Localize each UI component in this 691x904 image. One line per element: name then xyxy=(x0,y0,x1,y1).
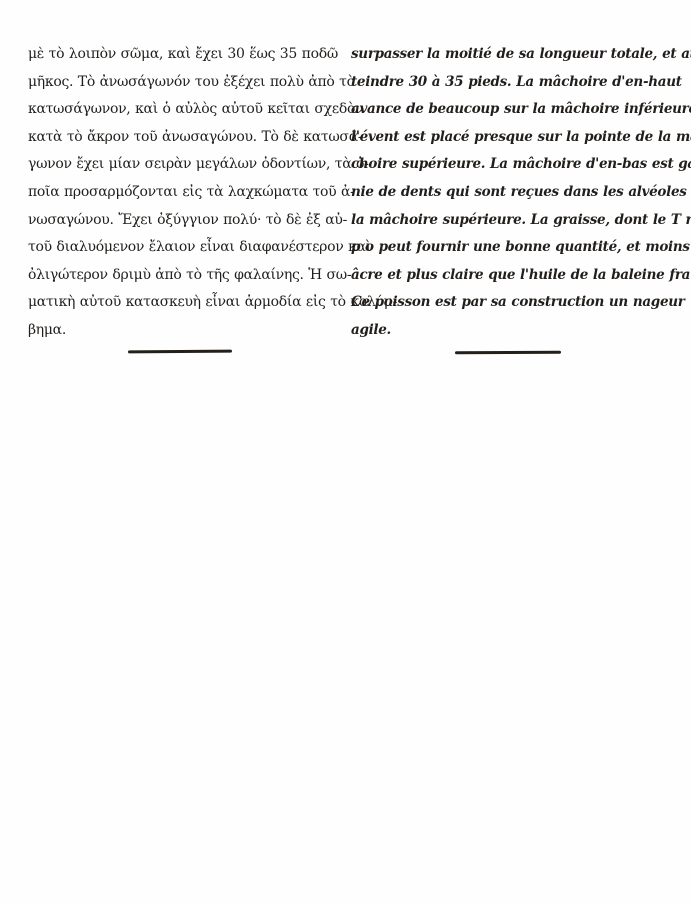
text-line: ὀλιγώτερον δριμὺ ἀπὸ τὸ τῆς φαλαίνης. Ἡ … xyxy=(28,262,334,290)
text-line: teindre 30 à 35 pieds. La mâchoire d'en-… xyxy=(351,69,673,97)
text-line: p o peut fournir une bonne quantité, et … xyxy=(351,234,673,262)
text-line: l'évent est placé presque sur la pointe … xyxy=(351,124,673,152)
text-line: γωνον ἔχει μίαν σειρὰν μεγάλων ὀδοντίων,… xyxy=(28,151,334,179)
text-line: choire supérieure. La mâchoire d'en-bas … xyxy=(351,151,673,179)
text-line: Ce poisson est par sa construction un na… xyxy=(351,289,673,317)
text-line: agile. xyxy=(351,317,673,345)
text-line: κατωσάγωνον, καὶ ὁ αὐλὸς αὐτοῦ κεῖται σχ… xyxy=(28,96,334,124)
text-line: τοῦ διαλυόμενον ἔλαιον εἶναι διαφανέστερ… xyxy=(28,234,334,262)
text-line: la mâchoire supérieure. La graisse, dont… xyxy=(351,207,673,235)
text-line: ποῖα προσαρμόζονται εἰς τὰ λαχκώματα τοῦ… xyxy=(28,179,334,207)
text-line: avance de beaucoup sur la mâchoire infér… xyxy=(351,96,673,124)
scanned-book-page: μὲ τὸ λοιπὸν σῶμα, καὶ ἔχει 30 ἕως 35 πο… xyxy=(0,0,691,904)
section-divider-rule xyxy=(128,350,232,353)
text-line: βημα. xyxy=(28,317,334,345)
text-line: âcre et plus claire que l'huile de la ba… xyxy=(351,262,673,290)
french-text-column: surpasser la moitié de sa longueur total… xyxy=(351,41,673,345)
text-line: κατὰ τὸ ἄκρον τοῦ ἀνωσαγώνου. Τὸ δὲ κατω… xyxy=(28,124,334,152)
text-line: μὲ τὸ λοιπὸν σῶμα, καὶ ἔχει 30 ἕως 35 πο… xyxy=(28,41,334,69)
text-line: nie de dents qui sont reçues dans les al… xyxy=(351,179,673,207)
greek-text-column: μὲ τὸ λοιπὸν σῶμα, καὶ ἔχει 30 ἕως 35 πο… xyxy=(28,41,334,345)
text-line: μῆκος. Τὸ ἀνωσάγωνόν του ἐξέχει πολὺ ἀπὸ… xyxy=(28,69,334,97)
text-line: surpasser la moitié de sa longueur total… xyxy=(351,41,673,69)
text-line: νωσαγώνου. Ἔχει ὀξύγγιον πολύ· τὸ δὲ ἐξ … xyxy=(28,207,334,235)
text-line: ματικὴ αὐτοῦ κατασκευὴ εἶναι ἁρμοδία εἰς… xyxy=(28,289,334,317)
section-divider-rule xyxy=(455,351,561,354)
